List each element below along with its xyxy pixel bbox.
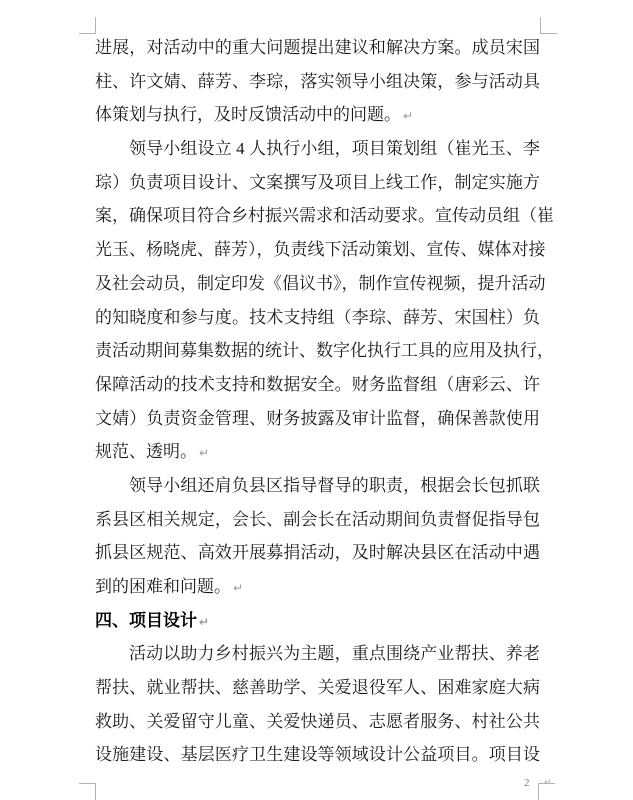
text-line: 光玉、杨晓虎、薛芳），负责线下活动策划、宣传、媒体对接 <box>95 233 540 267</box>
paragraph-end-mark-icon: ↵ <box>199 615 209 629</box>
heading-line: 四、项目设计↵ <box>95 604 540 638</box>
text-line: 进展，对活动中的重大问题提出建议和解决方案。成员宋国 <box>95 31 540 65</box>
line-text: 救助、关爱留守儿童、关爱快递员、志愿者服务、村社公共 <box>95 712 540 731</box>
paragraph-end-mark-icon: ↵ <box>199 446 209 460</box>
paragraph-end-mark-icon: ↵ <box>403 109 413 123</box>
text-line: 规范、透明。↵ <box>95 435 540 469</box>
text-line: 的知晓度和参与度。技术支持组（李琮、薛芳、宋国柱）负 <box>95 301 540 335</box>
line-text: 帮扶、就业帮扶、慈善助学、关爱退役军人、困难家庭大病 <box>95 678 540 697</box>
line-text: 责活动期间募集数据的统计、数字化执行工具的应用及执行， <box>95 341 554 360</box>
line-text: 到的困难和问题。 <box>95 577 231 596</box>
line-text: 柱、许文婧、薛芳、李琮，落实领导小组决策，参与活动具 <box>95 72 540 91</box>
line-text: 体策划与执行，及时反馈活动中的问题。 <box>95 105 401 124</box>
page-number: 2 <box>524 776 530 790</box>
text-line: 案，确保项目符合乡村振兴需求和活动要求。宣传动员组（崔 <box>95 199 540 233</box>
line-text: 系县区相关规定，会长、副会长在活动期间负责督促指导包 <box>95 510 540 529</box>
text-line: 及社会动员，制定印发《倡议书》，制作宣传视频，提升活动 <box>95 267 540 301</box>
text-line: 系县区相关规定，会长、副会长在活动期间负责督促指导包 <box>95 503 540 537</box>
text-line: 领导小组设立 4 人执行小组，项目策划组（崔光玉、李 <box>95 132 540 166</box>
line-text: 领导小组还肩负县区指导督导的职责，根据会长包抓联 <box>129 476 540 495</box>
line-text: 光玉、杨晓虎、薛芳），负责线下活动策划、宣传、媒体对接 <box>95 240 546 259</box>
line-text: 琮）负责项目设计、文案撰写及项目上线工作，制定实施方 <box>95 173 540 192</box>
line-text: 规范、透明。 <box>95 442 197 461</box>
text-line: 帮扶、就业帮扶、慈善助学、关爱退役军人、困难家庭大病 <box>95 671 540 705</box>
text-line: 抓县区规范、高效开展募捐活动，及时解决县区在活动中遇 <box>95 536 540 570</box>
text-line: 琮）负责项目设计、文案撰写及项目上线工作，制定实施方 <box>95 166 540 200</box>
text-line: 救助、关爱留守儿童、关爱快递员、志愿者服务、村社公共 <box>95 705 540 739</box>
paragraph-end-mark-icon: ↵ <box>233 581 243 595</box>
text-area[interactable]: 进展，对活动中的重大问题提出建议和解决方案。成员宋国柱、许文婧、薛芳、李琮，落实… <box>95 31 540 772</box>
footer-paragraph-mark-icon: ↵ <box>544 778 552 788</box>
text-line: 保障活动的技术支持和数据安全。财务监督组（唐彩云、许 <box>95 368 540 402</box>
document-page: 进展，对活动中的重大问题提出建议和解决方案。成员宋国柱、许文婧、薛芳、李琮，落实… <box>0 0 633 800</box>
text-line: 到的困难和问题。↵ <box>95 570 540 604</box>
text-boundary-mark-top-left <box>79 17 96 34</box>
line-text: 设施建设、基层医疗卫生建设等领域设计公益项目。项目设 <box>95 745 540 764</box>
line-text: 保障活动的技术支持和数据安全。财务监督组（唐彩云、许 <box>95 375 540 394</box>
text-line: 体策划与执行，及时反馈活动中的问题。↵ <box>95 98 540 132</box>
line-text: 抓县区规范、高效开展募捐活动，及时解决县区在活动中遇 <box>95 543 540 562</box>
line-text: 领导小组设立 4 人执行小组，项目策划组（崔光玉、李 <box>129 139 540 158</box>
text-boundary-mark-bottom-left <box>79 783 96 800</box>
text-line: 设施建设、基层医疗卫生建设等领域设计公益项目。项目设 <box>95 738 540 772</box>
line-text: 案，确保项目符合乡村振兴需求和活动要求。宣传动员组（崔 <box>95 206 554 225</box>
text-line: 活动以助力乡村振兴为主题，重点围绕产业帮扶、养老 <box>95 637 540 671</box>
text-line: 领导小组还肩负县区指导督导的职责，根据会长包抓联 <box>95 469 540 503</box>
line-text: 四、项目设计 <box>95 611 197 630</box>
line-text: 及社会动员，制定印发《倡议书》，制作宣传视频，提升活动 <box>95 274 546 293</box>
line-text: 活动以助力乡村振兴为主题，重点围绕产业帮扶、养老 <box>129 644 540 663</box>
text-boundary-mark-top-right <box>540 17 557 34</box>
line-text: 进展，对活动中的重大问题提出建议和解决方案。成员宋国 <box>95 38 540 57</box>
text-line: 柱、许文婧、薛芳、李琮，落实领导小组决策，参与活动具 <box>95 65 540 99</box>
text-line: 责活动期间募集数据的统计、数字化执行工具的应用及执行， <box>95 334 540 368</box>
text-line: 文婧）负责资金管理、财务披露及审计监督，确保善款使用 <box>95 402 540 436</box>
line-text: 的知晓度和参与度。技术支持组（李琮、薛芳、宋国柱）负 <box>95 308 540 327</box>
line-text: 文婧）负责资金管理、财务披露及审计监督，确保善款使用 <box>95 409 540 428</box>
